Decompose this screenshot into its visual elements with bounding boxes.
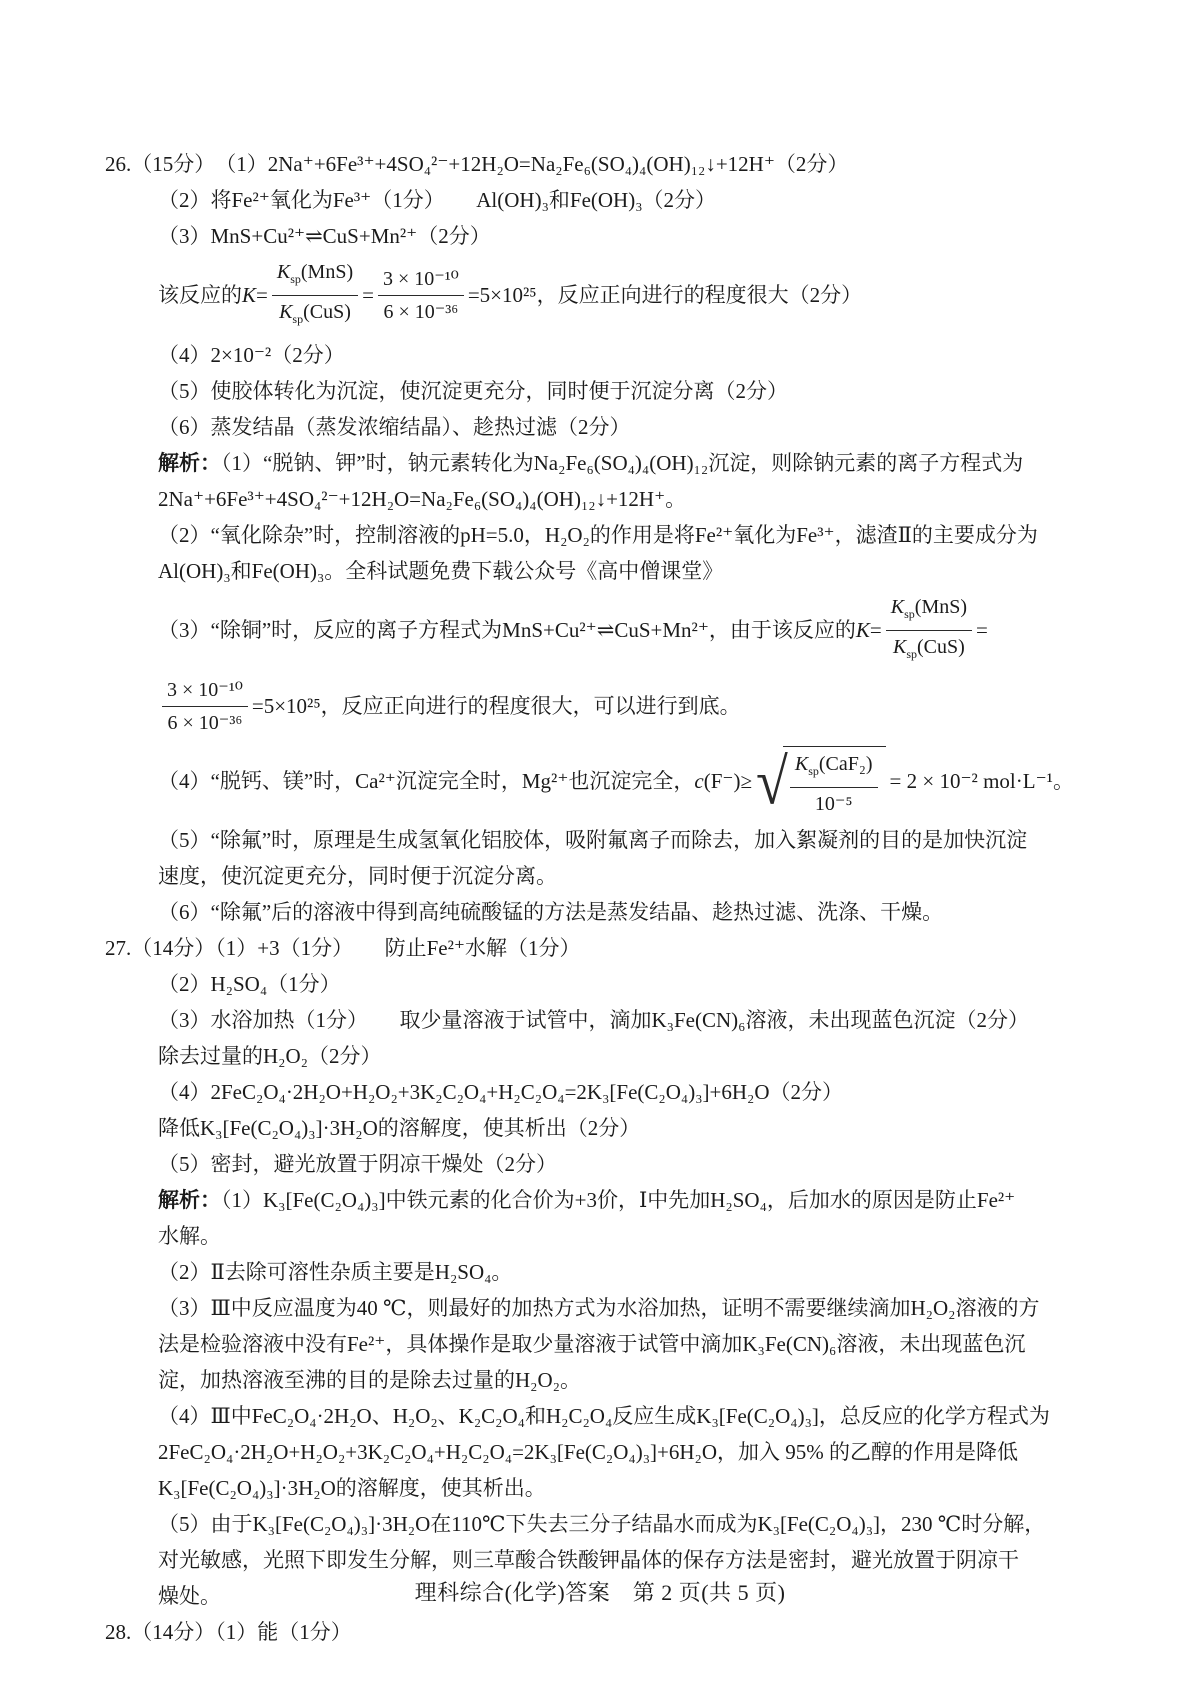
text-segment: （4）“脱钙、镁”时，Ca²⁺沉淀完全时，Mg²⁺也沉淀完全， [158, 768, 694, 794]
page-footer: 理科综合(化学)答案 第 2 页(共 5 页) [0, 1576, 1200, 1607]
q27-answer-line-5: （4）2FeC₂O₄·2H₂O+H₂O₂+3K₂C₂O₄+H₂C₂O₄=2K₃[… [158, 1074, 1065, 1110]
fraction-numerator: Ksp(MnS) [886, 594, 972, 631]
analysis-label: 解析： [158, 1188, 221, 1212]
q27-answer-line-3: （3）水浴加热（1分） 取少量溶液于试管中，滴加K₃Fe(CN)₆溶液，未出现蓝… [158, 1002, 1065, 1038]
q27-analysis-line-7: （4）Ⅲ中FeC₂O₄·2H₂O、H₂O₂、K₂C₂O₄和H₂C₂O₄反应生成K… [158, 1398, 1065, 1434]
fraction-numerator: 3 × 10⁻¹⁰ [378, 266, 464, 296]
q27-analysis-line-8: 2FeC₂O₄·2H₂O+H₂O₂+3K₂C₂O₄+H₂C₂O₄=2K₃[Fe(… [158, 1434, 1065, 1470]
variable-k: K [893, 636, 906, 658]
ksp-fraction: Ksp(CaF₂) 10⁻⁵ [790, 751, 878, 817]
text-segment: （1）“脱钠、钾”时，钠元素转化为Na₂Fe₆(SO₄)₄(OH)₁₂沉淀，则除… [221, 451, 1023, 475]
variable-k: K [242, 282, 256, 308]
q27-answer-line-1: 27.（14分）（1）+3（1分） 防止Fe²⁺水解（1分） [105, 930, 1065, 966]
text-segment: =5×10²⁵，反应正向进行的程度很大（2分） [468, 282, 862, 308]
numeric-fraction: 3 × 10⁻¹⁰ 6 × 10⁻³⁶ [162, 677, 248, 736]
q27-analysis-line-11: 对光敏感，光照下即发生分解，则三草酸合铁酸钾晶体的保存方法是密封，避光放置于阴凉… [158, 1542, 1065, 1578]
text-segment: （1）K₃[Fe(C₂O₄)₃]中铁元素的化合价为+3价，Ⅰ中先加H₂SO₄，后… [221, 1188, 1015, 1212]
q26-answer-line-2: （2）将Fe²⁺氧化为Fe³⁺（1分） Al(OH)₃和Fe(OH)₃（2分） [158, 182, 1065, 218]
fraction-numerator: Ksp(MnS) [272, 259, 358, 296]
equals-sign: = [870, 617, 882, 643]
q26-analysis-line-9: 速度，使沉淀更充分，同时便于沉淀分离。 [158, 858, 1065, 894]
formula-arg: (CuS) [303, 301, 351, 323]
equals-sign: = [362, 282, 374, 308]
q26-analysis-line-10: （6）“除氟”后的溶液中得到高纯硫酸锰的方法是蒸发结晶、趁热过滤、洗涤、干燥。 [158, 894, 1065, 930]
q26-answer-line-6: （6）蒸发结晶（蒸发浓缩结晶）、趁热过滤（2分） [158, 409, 1065, 445]
exam-answer-page: 26.（15分） （1）2Na⁺+6Fe³⁺+4SO₄²⁻+12H₂O=Na₂F… [0, 0, 1200, 1698]
formula-arg: (CuS) [917, 636, 965, 658]
fraction-denominator: 6 × 10⁻³⁶ [162, 707, 248, 736]
subscript-sp: sp [904, 607, 915, 621]
fraction-denominator: 10⁻⁵ [790, 788, 878, 817]
q26-analysis-line-5: （3）“除铜”时，反应的离子方程式为MnS+Cu²⁺⇌CuS+Mn²⁺，由于该反… [158, 589, 1065, 672]
q26-answer-line-4: （4）2×10⁻²（2分） [158, 337, 1065, 373]
formula-arg: (CaF₂) [819, 753, 873, 775]
variable-c: c [694, 768, 703, 794]
question-28-block: 28.（14分）（1）能（1分） [105, 1614, 1065, 1650]
q26-analysis-line-1: 解析：（1）“脱钠、钾”时，钠元素转化为Na₂Fe₆(SO₄)₄(OH)₁₂沉淀… [158, 445, 1065, 481]
question-27-block: 27.（14分）（1）+3（1分） 防止Fe²⁺水解（1分） （2）H₂SO₄（… [105, 930, 1065, 1614]
q26-k-calculation-line: 该反应的K= Ksp(MnS) Ksp(CuS) = 3 × 10⁻¹⁰ 6 ×… [158, 254, 1065, 337]
q27-analysis-line-3: （2）Ⅱ去除可溶性杂质主要是H₂SO₄。 [158, 1254, 1065, 1290]
fraction-denominator: Ksp(CuS) [272, 296, 358, 332]
fraction-denominator: Ksp(CuS) [886, 631, 972, 667]
analysis-label: 解析： [158, 451, 221, 475]
q27-analysis-line-6: 淀，加热溶液至沸的目的是除去过量的H₂O₂。 [158, 1362, 1065, 1398]
q27-analysis-line-5: 法是检验溶液中没有Fe²⁺，具体操作是取少量溶液于试管中滴加K₃Fe(CN)₆溶… [158, 1326, 1065, 1362]
text-segment: (F⁻)≥ [704, 768, 752, 794]
q26-analysis-line-8: （5）“除氟”时，原理是生成氢氧化铝胶体，吸附氟离子而除去，加入絮凝剂的目的是加… [158, 822, 1065, 858]
ksp-ratio-fraction: Ksp(MnS) Ksp(CuS) [886, 594, 972, 667]
q28-answer-line-1: 28.（14分）（1）能（1分） [105, 1614, 1065, 1650]
q27-answer-line-7: （5）密封，避光放置于阴凉干燥处（2分） [158, 1146, 1065, 1182]
square-root: √ Ksp(CaF₂) 10⁻⁵ [756, 746, 886, 817]
fraction-numerator: Ksp(CaF₂) [790, 751, 878, 788]
fraction-denominator: 6 × 10⁻³⁶ [378, 296, 464, 325]
text-segment: （3）“除铜”时，反应的离子方程式为MnS+Cu²⁺⇌CuS+Mn²⁺，由于该反… [158, 617, 856, 643]
variable-k: K [891, 596, 904, 618]
text-segment: =5×10²⁵，反应正向进行的程度很大，可以进行到底。 [252, 693, 741, 719]
q26-analysis-line-7: （4）“脱钙、镁”时，Ca²⁺沉淀完全时，Mg²⁺也沉淀完全，c(F⁻)≥ √ … [158, 741, 1065, 822]
text-segment: 该反应的 [158, 282, 242, 308]
subscript-sp: sp [292, 312, 303, 326]
numeric-fraction: 3 × 10⁻¹⁰ 6 × 10⁻³⁶ [378, 266, 464, 325]
variable-k: K [279, 301, 292, 323]
question-26-block: 26.（15分） （1）2Na⁺+6Fe³⁺+4SO₄²⁻+12H₂O=Na₂F… [105, 146, 1065, 930]
q27-analysis-line-10: （5）由于K₃[Fe(C₂O₄)₃]·3H₂O在110℃下失去三分子结晶水而成为… [158, 1506, 1065, 1542]
q26-answer-line-1: 26.（15分） （1）2Na⁺+6Fe³⁺+4SO₄²⁻+12H₂O=Na₂F… [105, 146, 1065, 182]
variable-k: K [856, 617, 870, 643]
q26-analysis-line-6: 3 × 10⁻¹⁰ 6 × 10⁻³⁶ =5×10²⁵，反应正向进行的程度很大，… [158, 672, 1065, 741]
variable-k: K [795, 753, 808, 775]
q27-answer-line-2: （2）H₂SO₄（1分） [158, 966, 1065, 1002]
equals-sign: = [256, 282, 268, 308]
radical-sign-icon: √ [756, 749, 788, 814]
q27-analysis-line-4: （3）Ⅲ中反应温度为40 ℃，则最好的加热方式为水浴加热，证明不需要继续滴加H₂… [158, 1290, 1065, 1326]
variable-k: K [277, 261, 290, 283]
q27-answer-line-4: 除去过量的H₂O₂（2分） [158, 1038, 1065, 1074]
q26-analysis-line-3: （2）“氧化除杂”时，控制溶液的pH=5.0，H₂O₂的作用是将Fe²⁺氧化为F… [158, 517, 1065, 553]
q26-analysis-line-2: 2Na⁺+6Fe³⁺+4SO₄²⁻+12H₂O=Na₂Fe₆(SO₄)₄(OH)… [158, 481, 1065, 517]
q27-analysis-line-1: 解析：（1）K₃[Fe(C₂O₄)₃]中铁元素的化合价为+3价，Ⅰ中先加H₂SO… [158, 1182, 1065, 1218]
q27-analysis-line-2: 水解。 [158, 1218, 1065, 1254]
q26-analysis-line-4: Al(OH)₃和Fe(OH)₃。全科试题免费下载公众号《高中僧课堂》 [158, 553, 1065, 589]
equals-sign: = [976, 617, 988, 643]
q27-analysis-line-9: K₃[Fe(C₂O₄)₃]·3H₂O的溶解度，使其析出。 [158, 1470, 1065, 1506]
q26-answer-line-3: （3）MnS+Cu²⁺⇌CuS+Mn²⁺（2分） [158, 218, 1065, 254]
ksp-ratio-fraction: Ksp(MnS) Ksp(CuS) [272, 259, 358, 332]
radicand: Ksp(CaF₂) 10⁻⁵ [783, 746, 886, 817]
fraction-numerator: 3 × 10⁻¹⁰ [162, 677, 248, 707]
page-content: 26.（15分） （1）2Na⁺+6Fe³⁺+4SO₄²⁻+12H₂O=Na₂F… [105, 146, 1065, 1650]
formula-arg: (MnS) [301, 261, 353, 283]
subscript-sp: sp [290, 272, 301, 286]
subscript-sp: sp [808, 764, 819, 778]
q26-answer-line-5: （5）使胶体转化为沉淀，使沉淀更充分，同时便于沉淀分离（2分） [158, 373, 1065, 409]
text-segment: = 2 × 10⁻² mol·L⁻¹。 [890, 768, 1074, 794]
q27-answer-line-6: 降低K₃[Fe(C₂O₄)₃]·3H₂O的溶解度，使其析出（2分） [158, 1110, 1065, 1146]
formula-arg: (MnS) [915, 596, 967, 618]
subscript-sp: sp [906, 647, 917, 661]
